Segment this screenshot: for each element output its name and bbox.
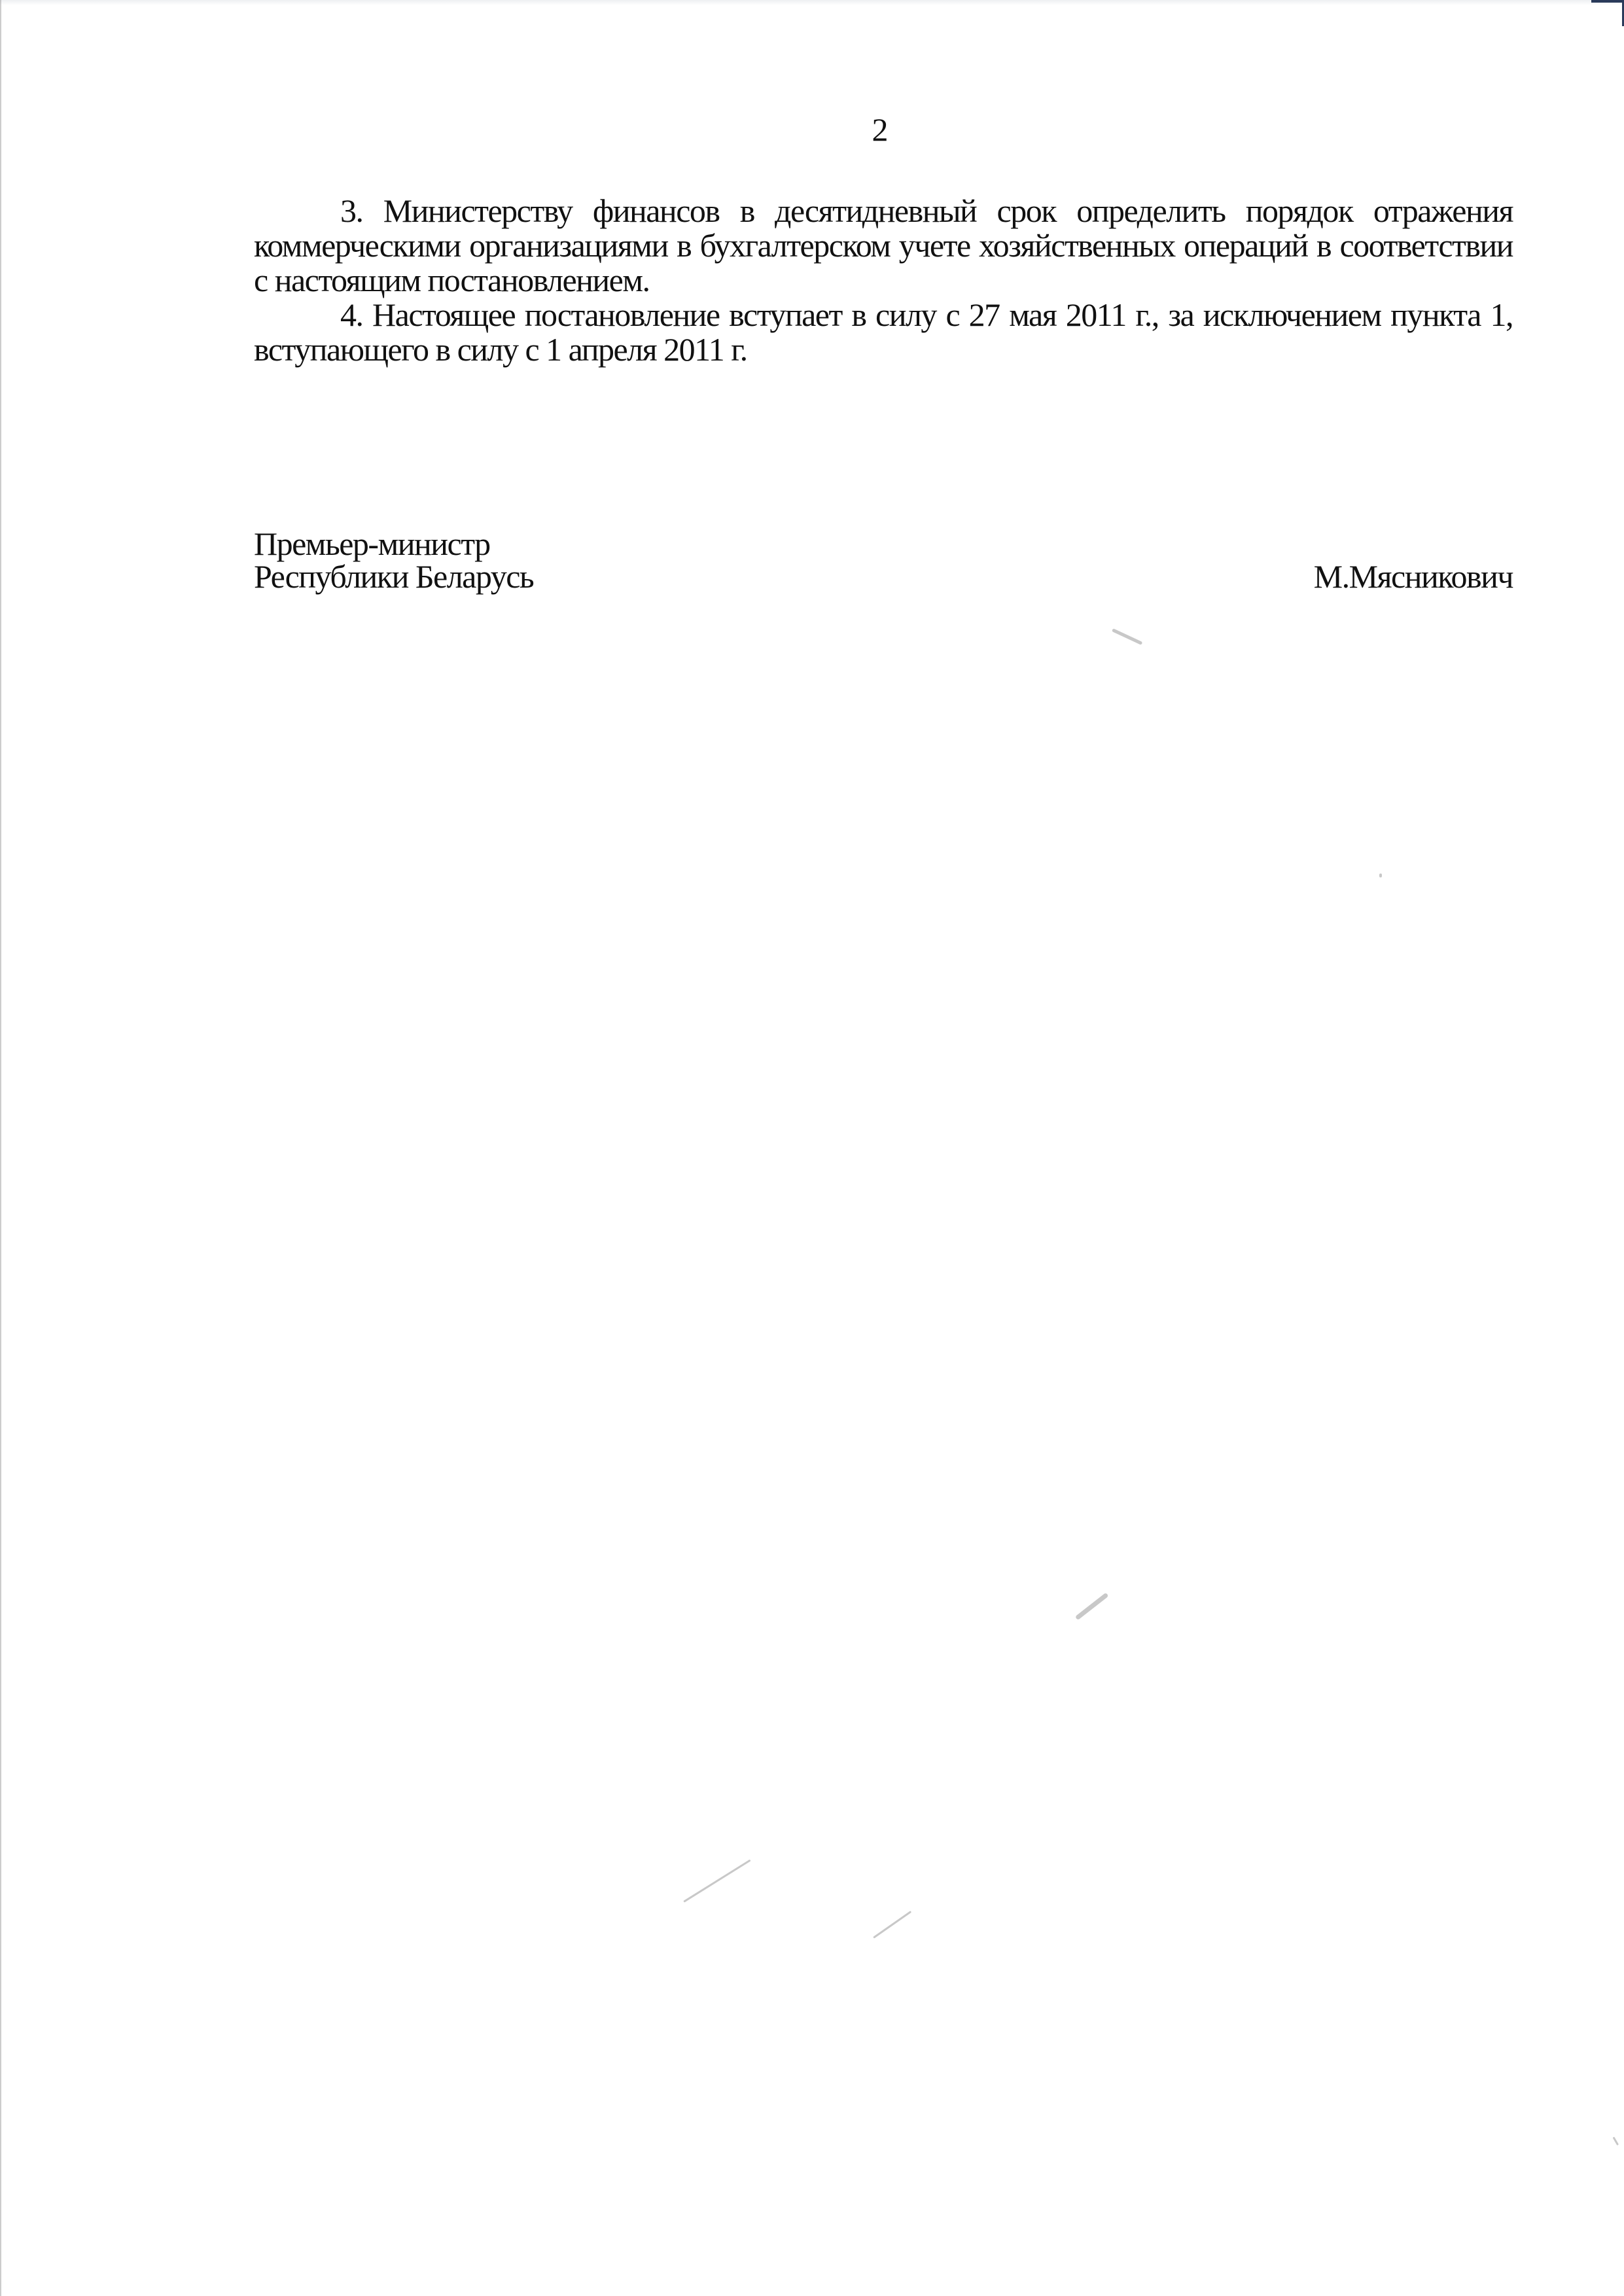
scan-edge-top bbox=[0, 0, 1624, 5]
document-page: 2 3. Министерству финансов в десятидневн… bbox=[0, 0, 1624, 2296]
scan-smudge bbox=[1379, 874, 1382, 877]
page-number: 2 bbox=[0, 110, 1624, 149]
paragraph-3: 3. Министерству финансов в десятидневный… bbox=[254, 194, 1513, 298]
scan-smudge bbox=[1075, 1593, 1109, 1620]
scan-smudge bbox=[1613, 2136, 1619, 2146]
paragraph-4: 4. Настоящее постановление вступает в си… bbox=[254, 298, 1513, 367]
scan-smudge bbox=[873, 1911, 911, 1939]
signatory-title-line-1: Премьер-министр bbox=[254, 527, 490, 560]
scan-edge-left bbox=[0, 0, 1, 2296]
scan-corner-mark bbox=[1591, 0, 1624, 3]
document-body: 3. Министерству финансов в десятидневный… bbox=[254, 194, 1513, 367]
signatory-name: М.Мясникович bbox=[1314, 560, 1513, 593]
scan-smudge bbox=[1112, 628, 1142, 645]
signature-block: Премьер-министр Республики Беларусь М.Мя… bbox=[254, 527, 1513, 593]
signatory-title-line-2: Республики Беларусь bbox=[254, 560, 533, 593]
scan-smudge bbox=[683, 1860, 750, 1903]
